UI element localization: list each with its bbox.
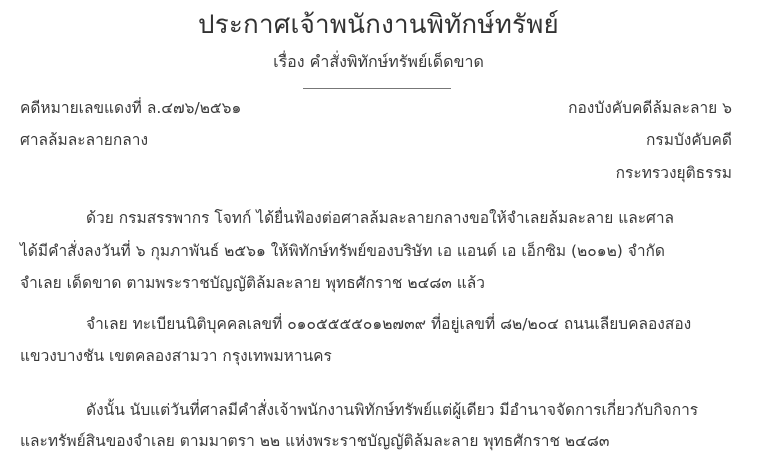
issuing-office: กองบังคับคดีล้มละลาย ๖ [568,96,732,120]
announcement-title: ประกาศเจ้าพนักงานพิทักษ์ทรัพย์ [0,8,757,42]
paragraph-line: จำเลย เด็ดขาด ตามพระราชบัญญัติล้มละลาย พ… [20,271,485,295]
department-name: กรมบังคับคดี [646,128,732,152]
paragraph-line: ด้วย กรมสรรพากร โจทก์ ได้ยื่นฟ้องต่อศาลล… [86,206,674,230]
title-divider [303,88,451,89]
paragraph-line: และทรัพย์สินของจำเลย ตามมาตรา ๒๒ แห่งพระ… [20,429,609,453]
court-name: ศาลล้มละลายกลาง [20,128,148,152]
paragraph-line: ได้มีคำสั่งลงวันที่ ๖ กุมภาพันธ์ ๒๕๖๑ ให… [20,239,665,263]
case-number: คดีหมายเลขแดงที่ ล.๔๗๖/๒๕๖๑ [20,96,241,120]
cropped-next-line [0,458,757,470]
paragraph-line: ดังนั้น นับแต่วันที่ศาลมีคำสั่งเจ้าพนักง… [86,398,698,422]
announcement-subject: เรื่อง คำสั่งพิทักษ์ทรัพย์เด็ดขาด [0,50,757,74]
paragraph-line: จำเลย ทะเบียนนิติบุคคลเลขที่ ๐๑๐๕๕๕๕๐๑๒๗… [86,312,691,336]
ministry-name: กระทรวงยุติธรรม [616,161,732,185]
paragraph-line: แขวงบางชัน เขตคลองสามวา กรุงเทพมหานคร [20,344,332,368]
